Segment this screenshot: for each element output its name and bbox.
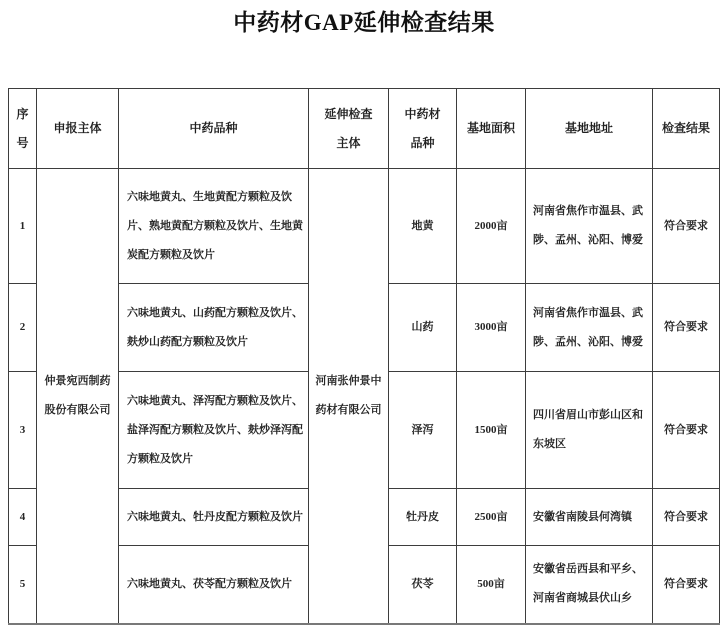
header-address: 基地地址: [526, 89, 653, 169]
header-seq: 序 号: [9, 89, 37, 169]
result-cell: 符合要求: [653, 169, 720, 284]
address-cell: 河南省焦作市温县、武陟、孟州、沁阳、博爱: [526, 284, 653, 372]
seq-cell: 2: [9, 284, 37, 372]
header-area: 基地面积: [457, 89, 526, 169]
gap-inspection-table: 序 号 申报主体 中药品种 延伸检查 主体 中药材 品种 基地面积 基地地址 检…: [8, 88, 720, 625]
applicant-cell: 仲景宛西制药股份有限公司: [37, 169, 119, 624]
seq-cell: 4: [9, 489, 37, 546]
herb-cell: 泽泻: [389, 372, 457, 489]
header-result: 检查结果: [653, 89, 720, 169]
address-cell: 安徽省岳西县和平乡、河南省商城县伏山乡: [526, 546, 653, 624]
result-cell: 符合要求: [653, 489, 720, 546]
medicine-cell: 六味地黄丸、牡丹皮配方颗粒及饮片: [119, 489, 309, 546]
medicine-cell: 六味地黄丸、茯苓配方颗粒及饮片: [119, 546, 309, 624]
seq-cell: 1: [9, 169, 37, 284]
herb-cell: 牡丹皮: [389, 489, 457, 546]
address-cell: 河南省焦作市温县、武陟、孟州、沁阳、博爱: [526, 169, 653, 284]
result-cell: 符合要求: [653, 372, 720, 489]
seq-cell: 3: [9, 372, 37, 489]
herb-cell: 茯苓: [389, 546, 457, 624]
result-cell: 符合要求: [653, 284, 720, 372]
herb-cell: 地黄: [389, 169, 457, 284]
address-cell: 四川省眉山市彭山区和东坡区: [526, 372, 653, 489]
table-row: 1 仲景宛西制药股份有限公司 六味地黄丸、生地黄配方颗粒及饮片、熟地黄配方颗粒及…: [9, 169, 720, 284]
table-header-row: 序 号 申报主体 中药品种 延伸检查 主体 中药材 品种 基地面积 基地地址 检…: [9, 89, 720, 169]
header-medicine: 中药品种: [119, 89, 309, 169]
address-cell: 安徽省南陵县何湾镇: [526, 489, 653, 546]
area-cell: 500亩: [457, 546, 526, 624]
page-title: 中药材GAP延伸检查结果: [0, 8, 728, 38]
header-inspector: 延伸检查 主体: [309, 89, 389, 169]
area-cell: 1500亩: [457, 372, 526, 489]
area-cell: 2500亩: [457, 489, 526, 546]
medicine-cell: 六味地黄丸、生地黄配方颗粒及饮片、熟地黄配方颗粒及饮片、生地黄炭配方颗粒及饮片: [119, 169, 309, 284]
header-applicant: 申报主体: [37, 89, 119, 169]
seq-cell: 5: [9, 546, 37, 624]
herb-cell: 山药: [389, 284, 457, 372]
header-herb: 中药材 品种: [389, 89, 457, 169]
area-cell: 3000亩: [457, 284, 526, 372]
medicine-cell: 六味地黄丸、泽泻配方颗粒及饮片、盐泽泻配方颗粒及饮片、麸炒泽泻配方颗粒及饮片: [119, 372, 309, 489]
medicine-cell: 六味地黄丸、山药配方颗粒及饮片、麸炒山药配方颗粒及饮片: [119, 284, 309, 372]
result-cell: 符合要求: [653, 546, 720, 624]
area-cell: 2000亩: [457, 169, 526, 284]
inspection-entity-cell: 河南张仲景中药材有限公司: [309, 169, 389, 624]
